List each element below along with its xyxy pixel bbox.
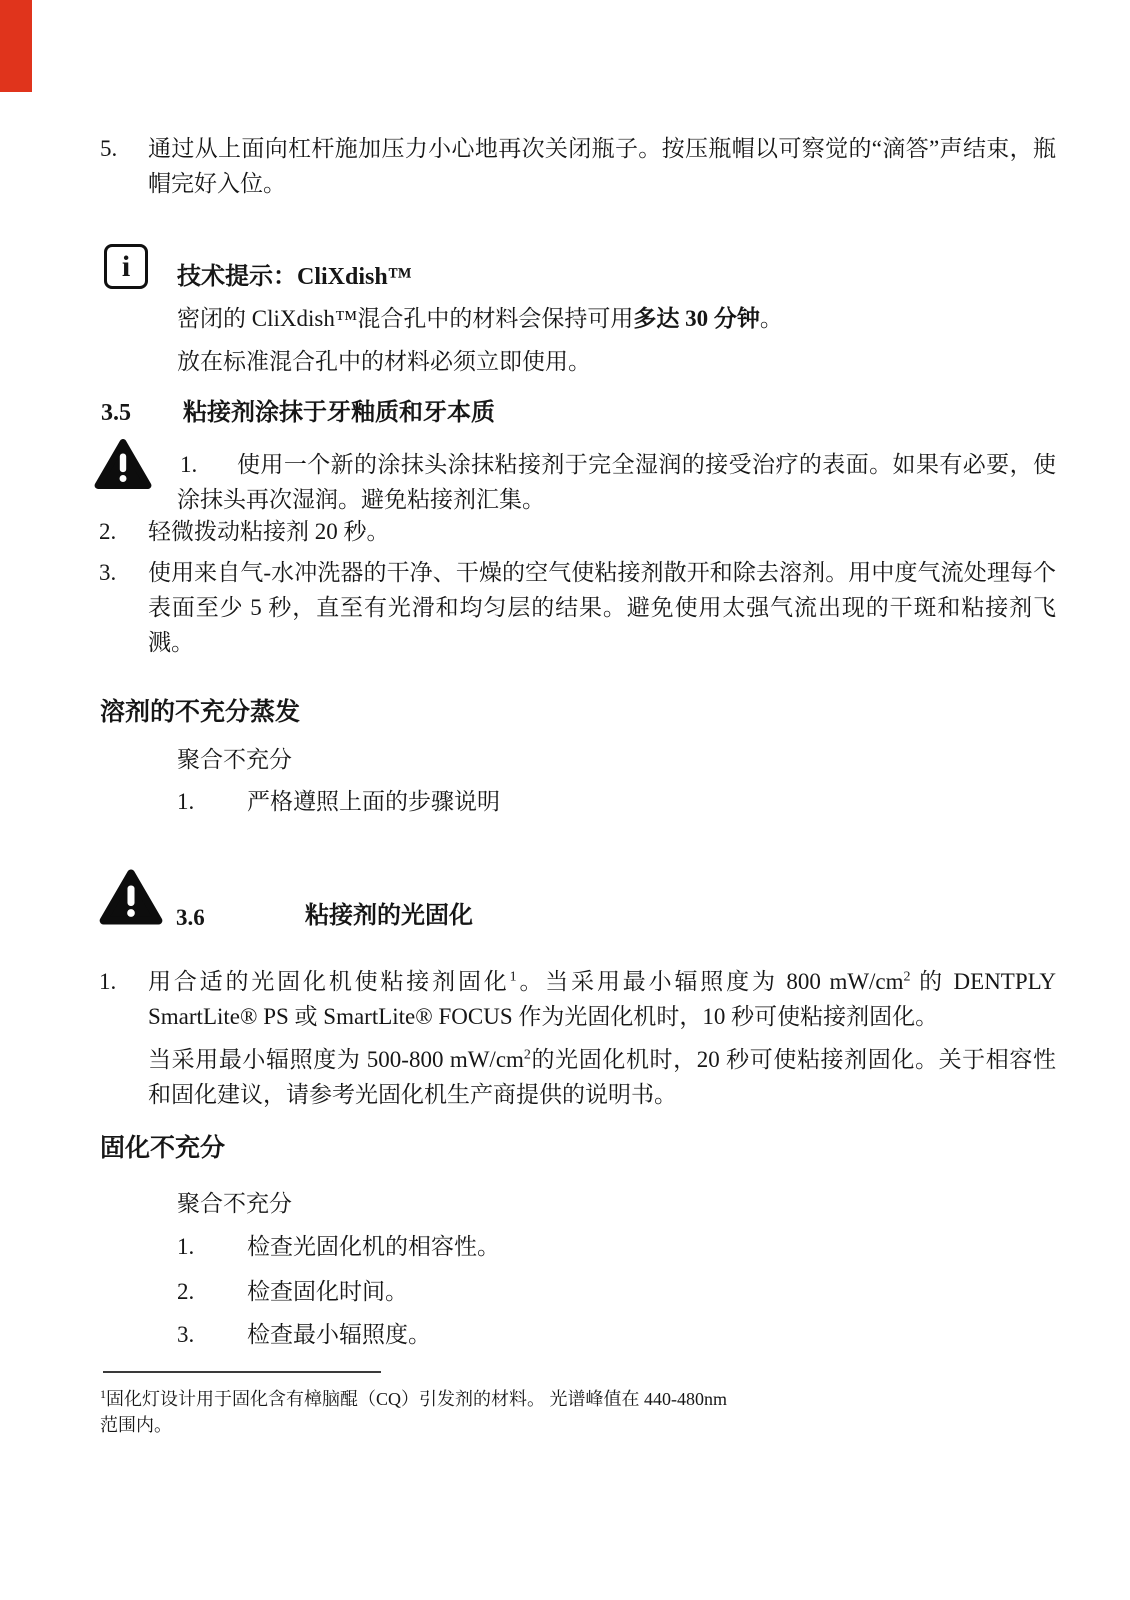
step-text: 使用来自气-水冲洗器的干净、干燥的空气使粘接剂散开和除去溶剂。用中度气流处理每个… [148, 555, 1056, 660]
step-text-seg1: 用合适的光固化机使粘接剂固化 [148, 969, 510, 994]
section-3-6-title: 粘接剂的光固化 [305, 901, 473, 931]
paragraph-seg1: 当采用最小辐照度为 500-800 mW/cm [148, 1047, 524, 1072]
superscript-2: 2 [524, 1047, 531, 1062]
curing-note-heading: 固化不充分 [100, 1134, 225, 1164]
tech-tip-line1-suffix: 。 [760, 306, 783, 331]
step-number: 3. [177, 1317, 194, 1352]
step-text: 通过从上面向杠杆施加压力小心地再次关闭瓶子。按压瓶帽以可察觉的“滴答”声结束，瓶… [148, 131, 1056, 201]
footnote-reference: 1 [510, 969, 517, 984]
step-text: 轻微拨动粘接剂 20 秒。 [148, 514, 390, 549]
step-item: 1. 使用一个新的涂抹头涂抹粘接剂于完全湿润的接受治疗的表面。如果有必要，使涂抹… [177, 447, 1056, 517]
tech-tip-line2: 放在标准混合孔中的材料必须立即使用。 [177, 344, 591, 379]
step-text: 用合适的光固化机使粘接剂固化1。当采用最小辐照度为 800 mW/cm2 的 D… [148, 964, 1056, 1034]
step-number: 5. [100, 131, 117, 166]
section-3-6-number: 3.6 [176, 903, 205, 933]
step-number: 1. [177, 784, 194, 819]
warning-icon [99, 862, 163, 932]
step-number: 2. [99, 514, 116, 549]
step-number: 2. [177, 1274, 194, 1309]
document-page: 5. 通过从上面向杠杆施加压力小心地再次关闭瓶子。按压瓶帽以可察觉的“滴答”声结… [0, 0, 1130, 1600]
warning-triangle-graphic [94, 437, 152, 491]
step-text-seg2: 。当采用最小辐照度为 800 mW/cm [517, 969, 904, 994]
tech-tip-line1-prefix: 密闭的 CliXdish™混合孔中的材料会保持可用 [177, 306, 633, 331]
step-number: 1. [180, 447, 197, 482]
info-icon-glyph: i [122, 250, 130, 284]
curing-note-subheading: 聚合不充分 [177, 1186, 292, 1221]
step-text: 检查固化时间。 [247, 1274, 408, 1309]
step-number: 1. [99, 964, 116, 999]
step-text: 使用一个新的涂抹头涂抹粘接剂于完全湿润的接受治疗的表面。如果有必要，使涂抹头再次… [177, 447, 1056, 517]
step-text: 检查最小辐照度。 [247, 1317, 431, 1352]
warning-triangle-graphic [99, 862, 163, 932]
superscript-2: 2 [904, 969, 911, 984]
info-icon: i [104, 244, 148, 289]
paragraph: 当采用最小辐照度为 500-800 mW/cm2的光固化机时，20 秒可使粘接剂… [148, 1042, 1056, 1112]
solvent-note-subheading: 聚合不充分 [177, 742, 292, 777]
footnote-text: 固化灯设计用于固化含有樟脑醌（CQ）引发剂的材料。 光谱峰值在 440-480n… [100, 1389, 727, 1435]
step-number: 3. [99, 555, 116, 590]
footnote-divider [103, 1371, 381, 1373]
red-corner-mark [0, 0, 32, 92]
step-number: 1. [177, 1229, 194, 1264]
warning-icon [94, 437, 152, 491]
section-3-5-title: 粘接剂涂抹于牙釉质和牙本质 [183, 398, 495, 428]
step-text: 检查光固化机的相容性。 [247, 1229, 500, 1264]
tech-tip-line1: 密闭的 CliXdish™混合孔中的材料会保持可用多达 30 分钟。 [177, 301, 783, 336]
tech-tip-line1-bold: 多达 30 分钟 [633, 306, 760, 331]
section-3-5-number: 3.5 [101, 398, 131, 428]
footnote: 1固化灯设计用于固化含有樟脑醌（CQ）引发剂的材料。 光谱峰值在 440-480… [100, 1386, 740, 1438]
solvent-note-heading: 溶剂的不充分蒸发 [100, 698, 300, 728]
step-text: 严格遵照上面的步骤说明 [247, 784, 500, 819]
tech-tip-title: 技术提示：CliXdish™ [177, 260, 412, 295]
